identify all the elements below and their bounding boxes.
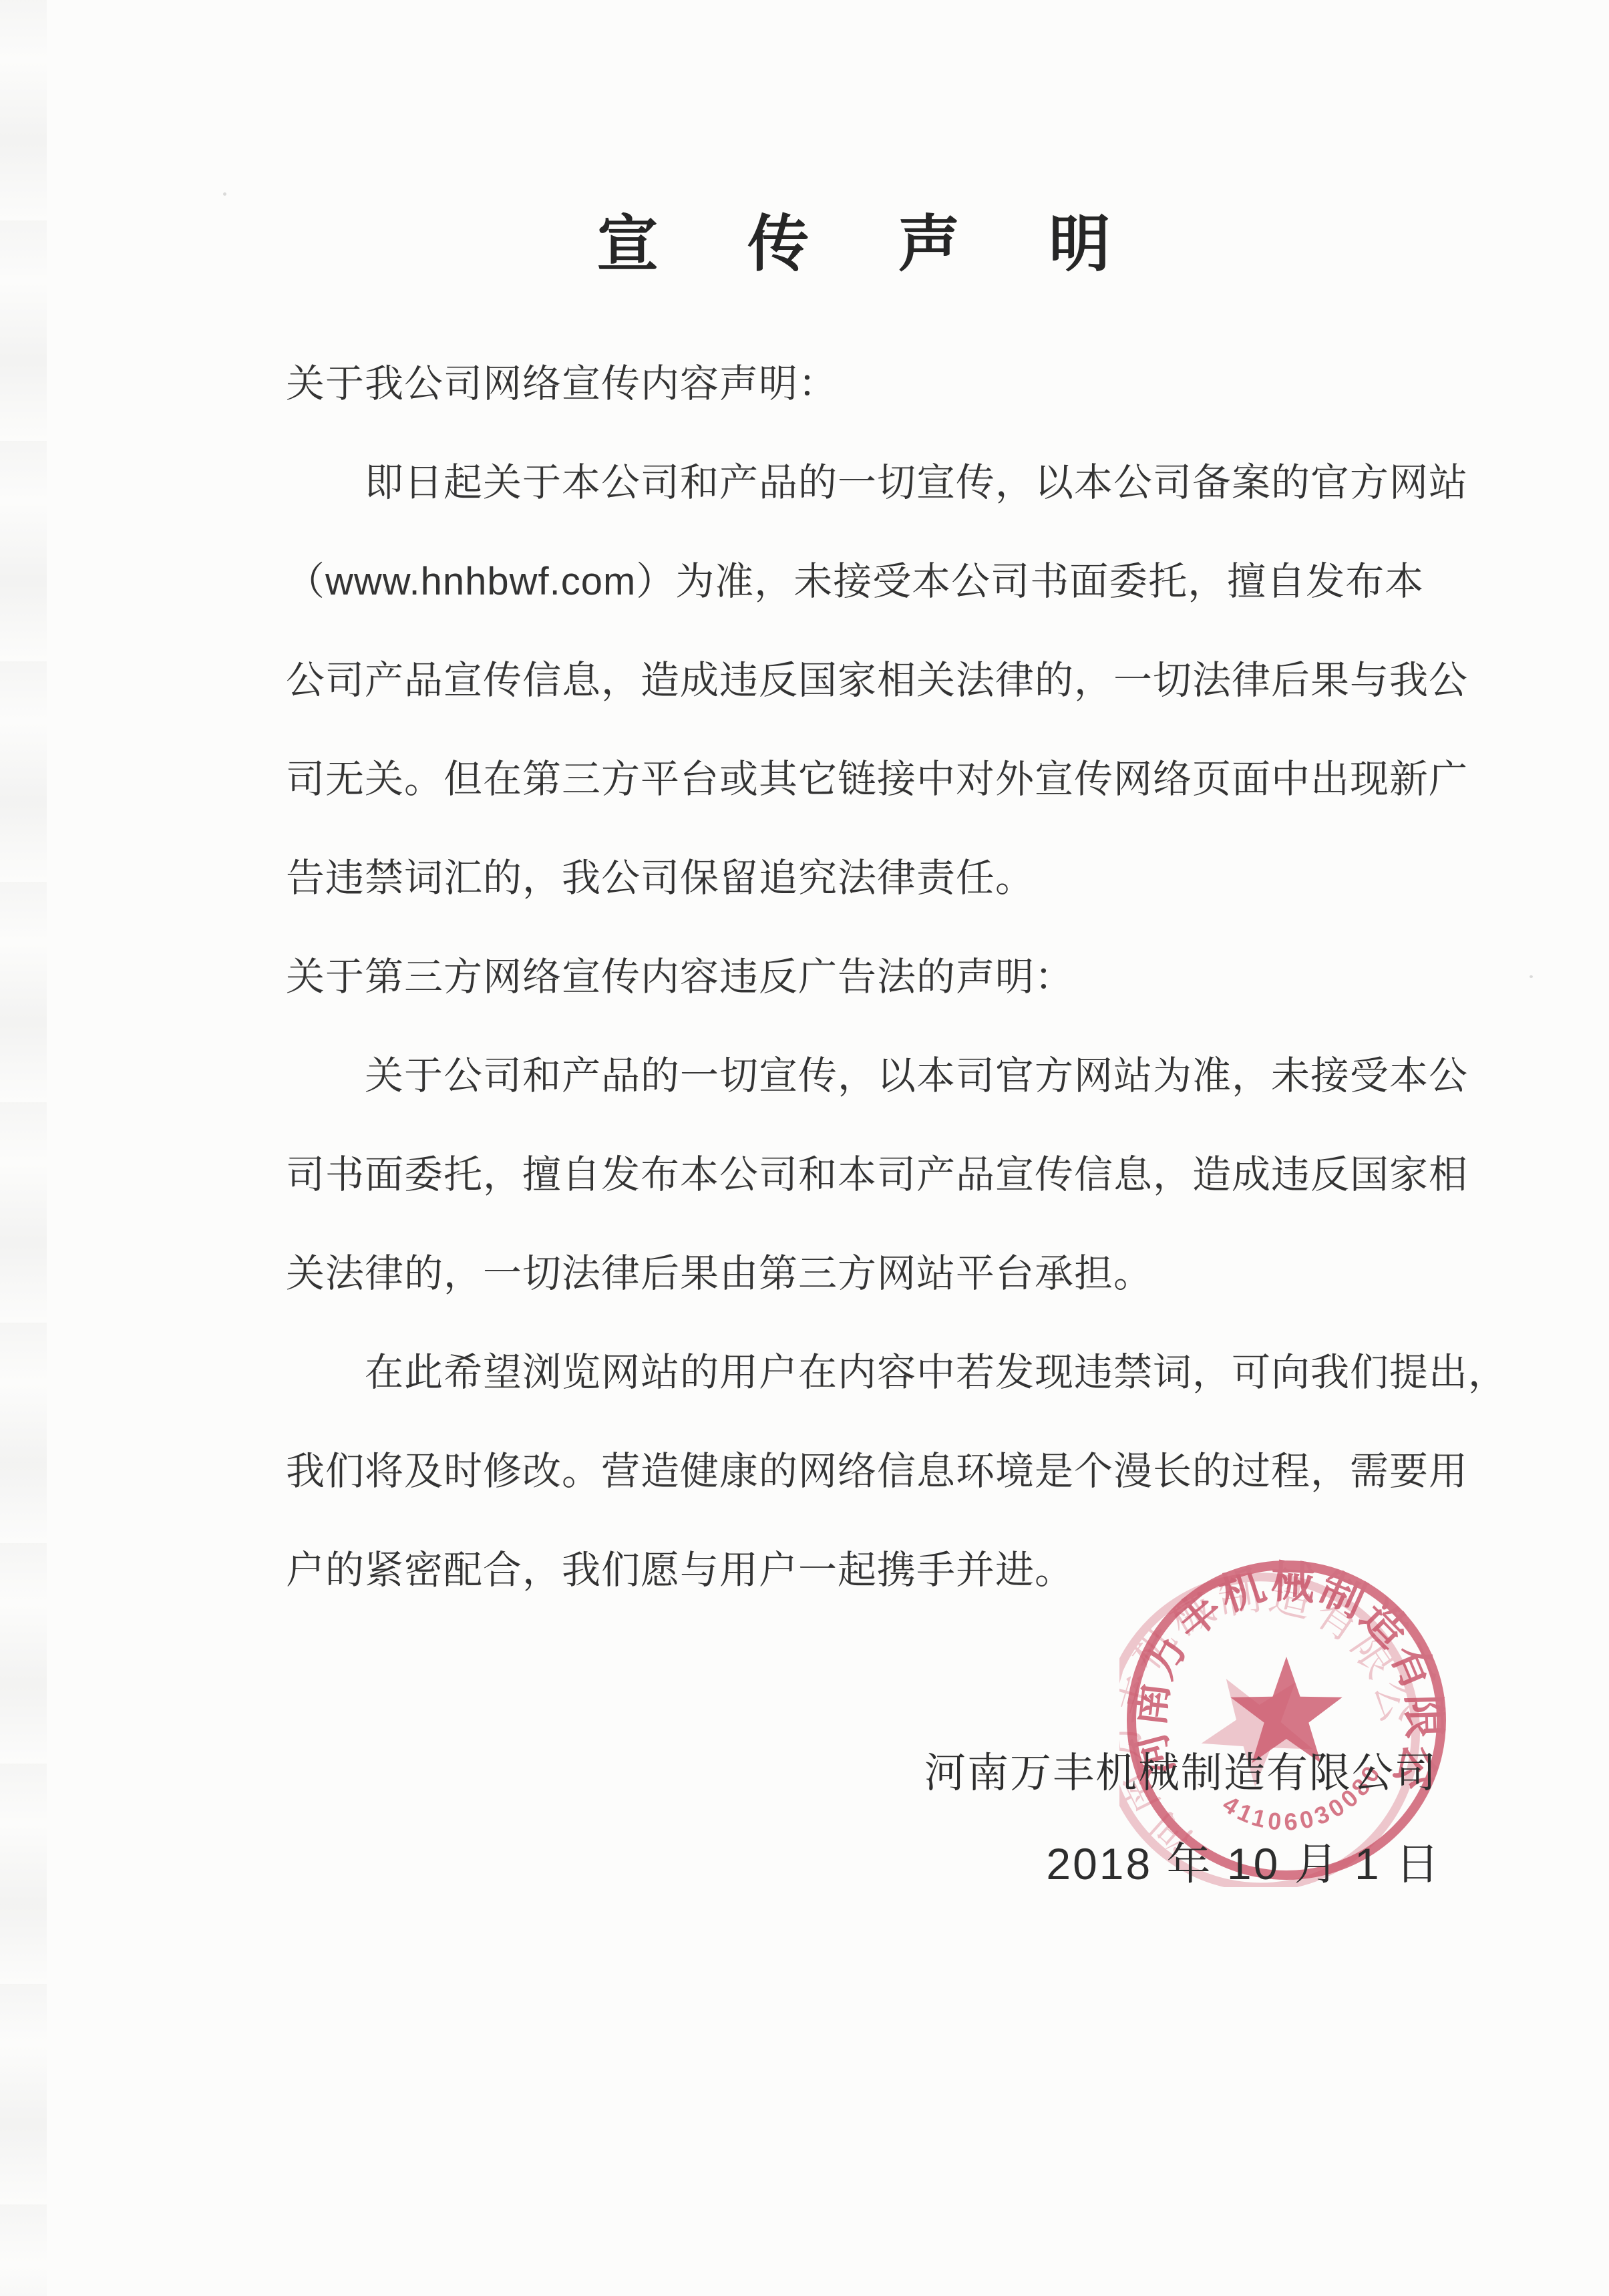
body-line: 即日起关于本公司和产品的一切宣传，以本公司备案的官方网站 xyxy=(286,434,1441,532)
scan-speck xyxy=(223,192,226,196)
scan-speck xyxy=(1530,975,1533,978)
body-line: 公司产品宣传信息，造成违反国家相关法律的，一切法律后果与我公 xyxy=(286,631,1441,730)
body-line: 告违禁词汇的，我公司保留追究法律责任。 xyxy=(286,829,1441,928)
body-line: 司无关。但在第三方平台或其它链接中对外宣传网络页面中出现新广 xyxy=(286,730,1441,829)
body-line: 户的紧密配合，我们愿与用户一起携手并进。 xyxy=(286,1521,1441,1620)
body-line: 我们将及时修改。营造健康的网络信息环境是个漫长的过程，需要用 xyxy=(286,1422,1441,1521)
signature-company-name: 河南万丰机械制造有限公司 xyxy=(286,1734,1437,1813)
body-line: 关于我公司网络宣传内容声明： xyxy=(286,335,1441,434)
body-line: 关于第三方网络宣传内容违反广告法的声明： xyxy=(286,928,1441,1027)
signature-date: 2018 年 10 月 1 日 xyxy=(286,1821,1441,1907)
scanned-document-page: 河南万丰机械制造有限公司 河南万丰机械制造有限公司 411060300808 宣… xyxy=(0,0,1609,2296)
body-line: 司书面委托，擅自发布本公司和本司产品宣传信息，造成违反国家相 xyxy=(286,1126,1441,1224)
body-line: 关法律的，一切法律后果由第三方网站平台承担。 xyxy=(286,1224,1441,1323)
body-line: （www.hnhbwf.com）为准，未接受本公司书面委托，擅自发布本 xyxy=(286,532,1441,631)
body-line: 关于公司和产品的一切宣传，以本司官方网站为准，未接受本公 xyxy=(286,1027,1441,1126)
scanner-artifact-streaks xyxy=(0,0,47,2296)
document-title: 宣 传 声 明 xyxy=(286,195,1421,283)
document-body: 关于我公司网络宣传内容声明： 即日起关于本公司和产品的一切宣传，以本公司备案的官… xyxy=(286,335,1441,1620)
body-line: 在此希望浏览网站的用户在内容中若发现违禁词，可向我们提出， xyxy=(286,1323,1441,1422)
